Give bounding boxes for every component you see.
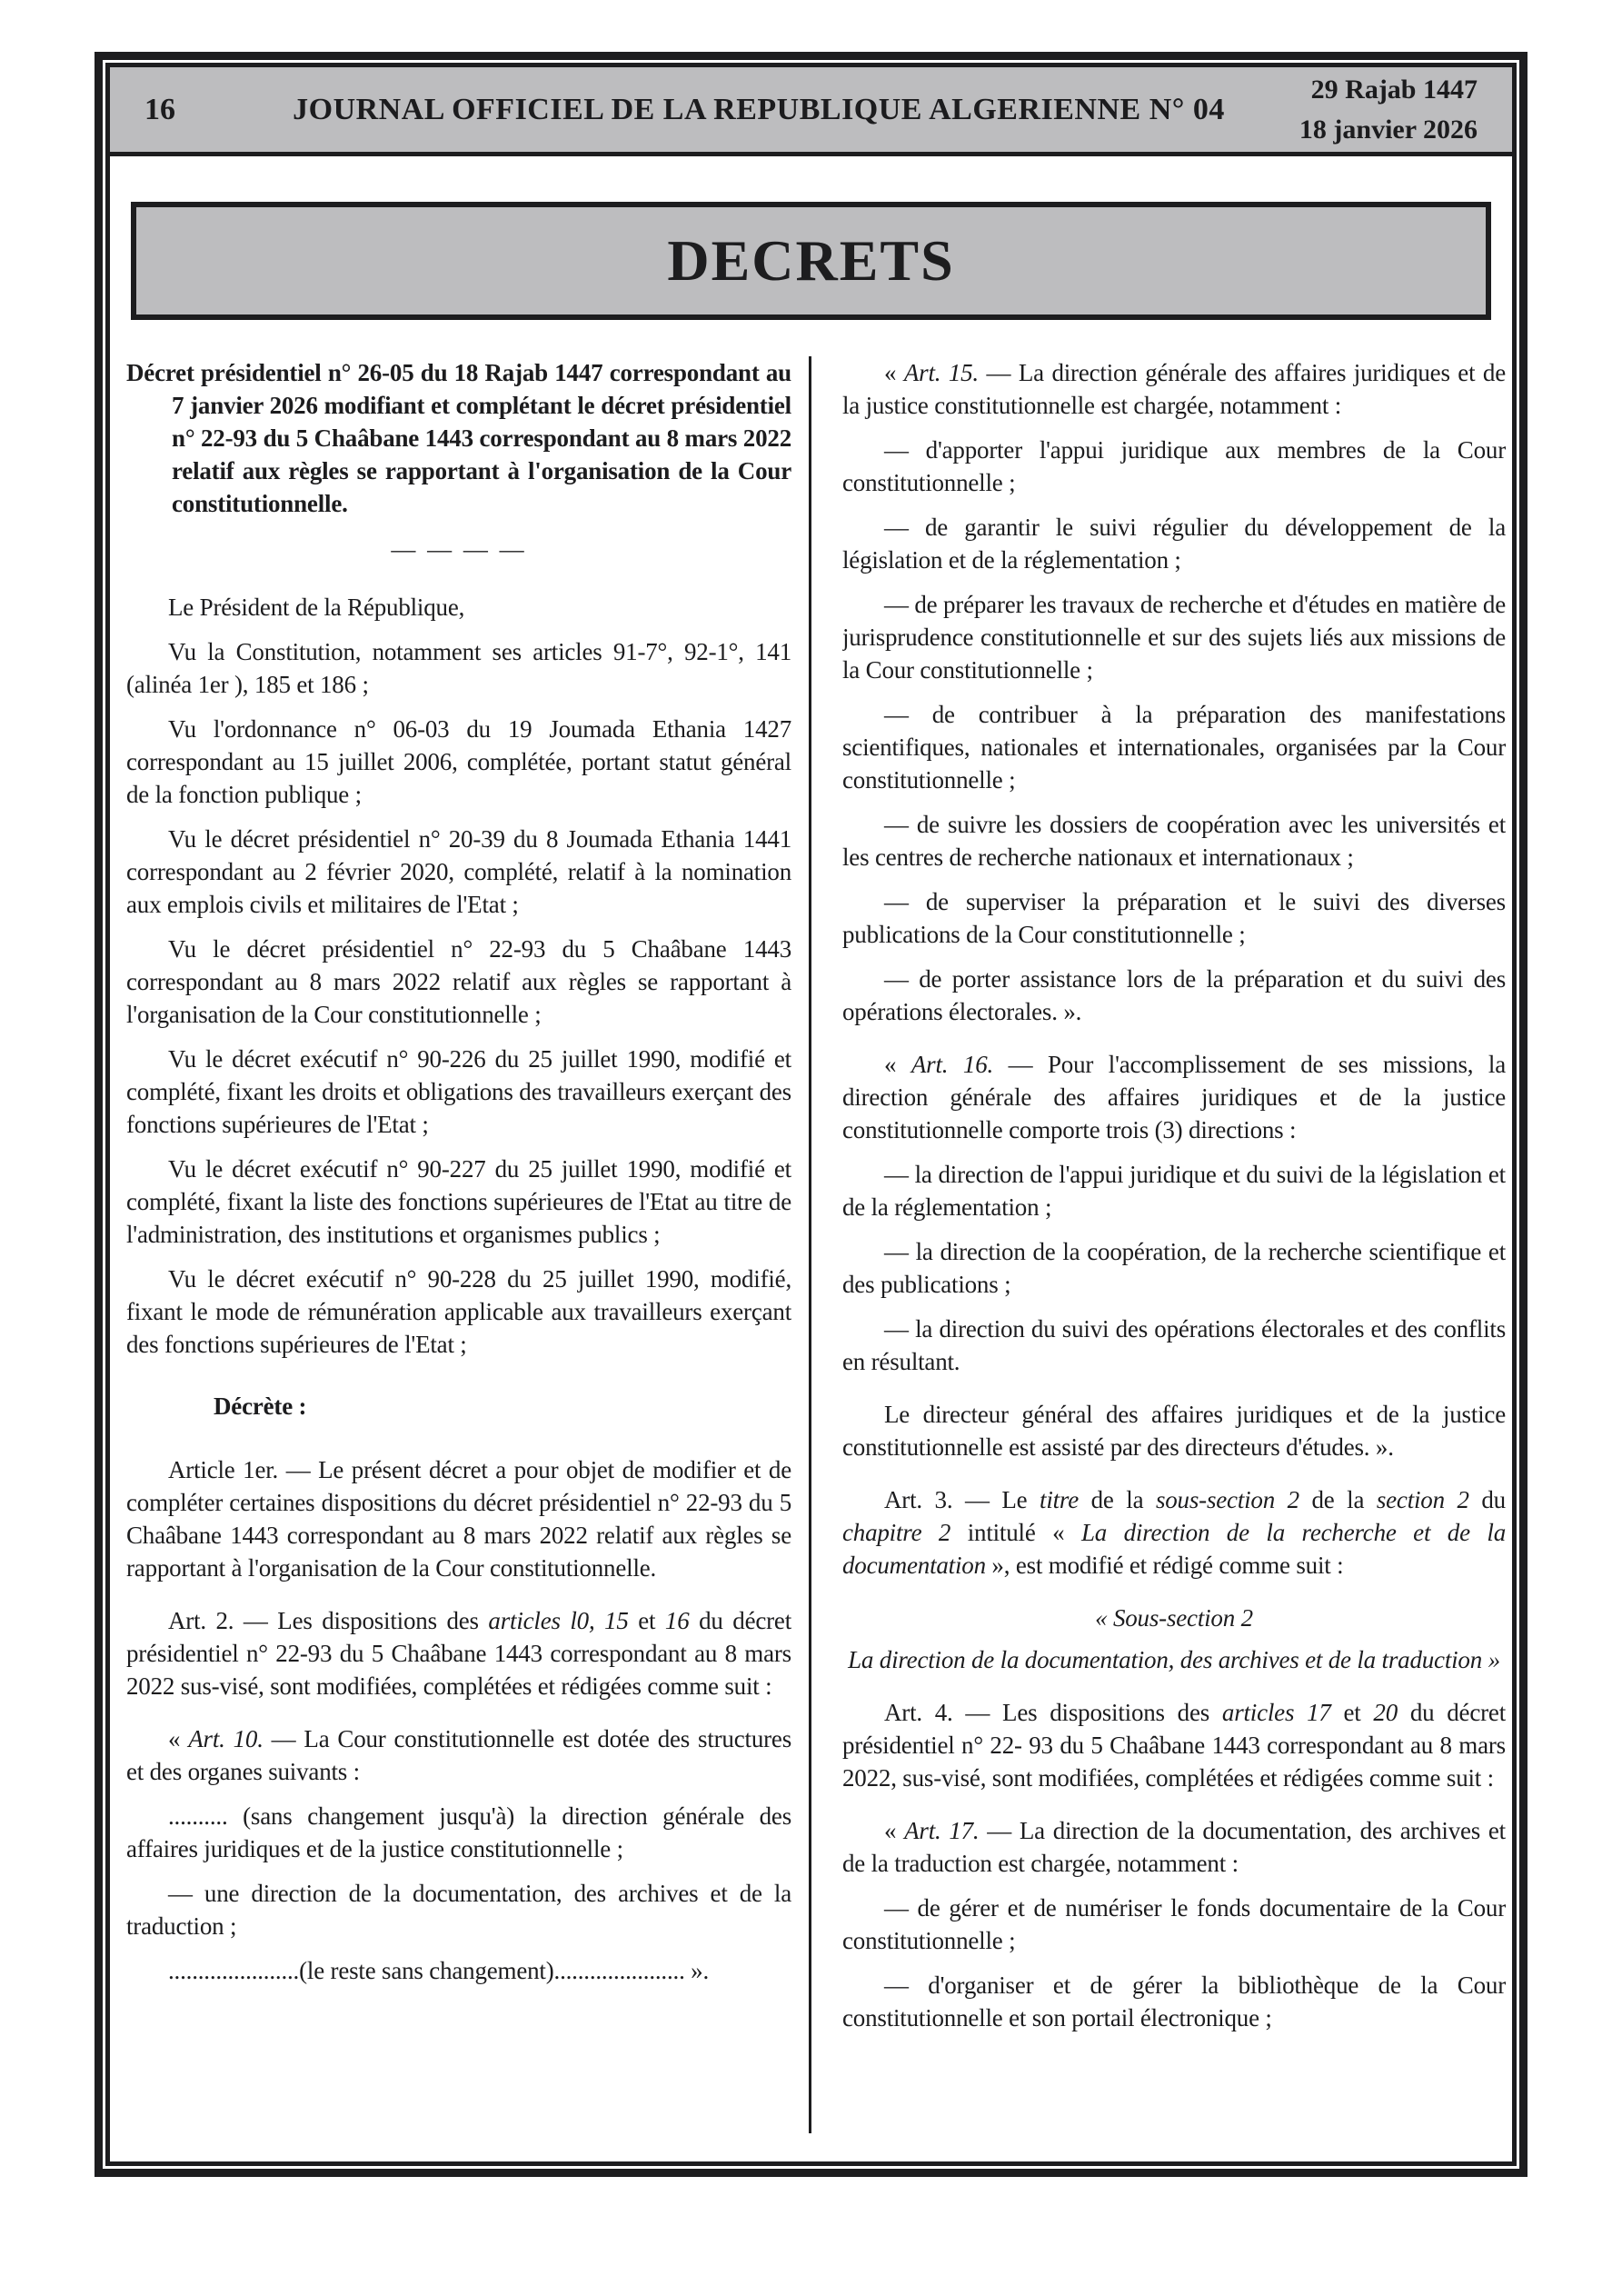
text-run: du: [1469, 1486, 1506, 1513]
text-run: 16: [665, 1607, 690, 1634]
text-run: intitulé «: [950, 1519, 1081, 1546]
text-run: Vu la Constitution, notamment ses articl…: [126, 638, 791, 698]
text-run: Article 1er. — Le présent décret a pour …: [126, 1456, 791, 1582]
gregorian-date: 18 janvier 2026: [1264, 110, 1478, 150]
text-run: Art. 10.: [188, 1725, 264, 1752]
paragraph: — de porter assistance lors de la prépar…: [842, 963, 1506, 1028]
text-run: — de gérer et de numériser le fonds docu…: [842, 1894, 1506, 1954]
text-run: — une direction de la documentation, des…: [126, 1880, 791, 1940]
text-run: ......................(le reste sans cha…: [168, 1957, 709, 1984]
text-run: », est modifié et rédigé comme suit :: [986, 1552, 1344, 1579]
paragraph: Art. 3. — Le titre de la sous-section 2 …: [842, 1483, 1506, 1582]
column-divider: [809, 356, 811, 2133]
paragraph: Vu la Constitution, notamment ses articl…: [126, 635, 791, 701]
section-title: DECRETS: [667, 227, 954, 294]
text-run: — d'apporter l'appui juridique aux membr…: [842, 436, 1506, 496]
text-run: — — — —: [391, 535, 526, 563]
text-run: Le Président de la République,: [168, 594, 464, 621]
paragraph: — de contribuer à la préparation des man…: [842, 698, 1506, 796]
paragraph: Article 1er. — Le présent décret a pour …: [126, 1453, 791, 1584]
text-run: Art. 2. — Les dispositions des: [168, 1607, 488, 1634]
paragraph: « Art. 16. — Pour l'accomplissement de s…: [842, 1048, 1506, 1146]
date-block: 29 Rajab 1447 18 janvier 2026: [1264, 70, 1478, 149]
paragraph: Vu le décret exécutif n° 90-227 du 25 ju…: [126, 1153, 791, 1251]
paragraph: .......... (sans changement jusqu'à) la …: [126, 1800, 791, 1865]
page-number: 16: [144, 93, 254, 127]
text-run: « Sous-section 2: [1095, 1604, 1253, 1632]
text-run: sous-section 2: [1156, 1486, 1299, 1513]
paragraph: « Sous-section 2: [842, 1602, 1506, 1634]
text-run: section 2: [1377, 1486, 1469, 1513]
page-frame: 16 JOURNAL OFFICIEL DE LA REPUBLIQUE ALG…: [95, 52, 1527, 2177]
journal-title: JOURNAL OFFICIEL DE LA REPUBLIQUE ALGERI…: [254, 93, 1264, 127]
text-run: «: [884, 1051, 911, 1078]
text-run: — de porter assistance lors de la prépar…: [842, 965, 1506, 1025]
journal-page: 16 JOURNAL OFFICIEL DE LA REPUBLIQUE ALG…: [0, 0, 1622, 2296]
paragraph: — une direction de la documentation, des…: [126, 1877, 791, 1942]
text-run: .......... (sans changement jusqu'à) la …: [126, 1802, 791, 1862]
text-run: et: [1331, 1699, 1374, 1726]
text-run: Décrète :: [214, 1393, 306, 1420]
text-run: — la direction de l'appui juridique et d…: [842, 1161, 1506, 1221]
text-run: Art. 3. — Le: [884, 1486, 1040, 1513]
text-run: Vu le décret exécutif n° 90-228 du 25 ju…: [126, 1265, 791, 1358]
paragraph: — la direction de l'appui juridique et d…: [842, 1158, 1506, 1223]
paragraph: — d'apporter l'appui juridique aux membr…: [842, 434, 1506, 499]
text-run: «: [168, 1725, 188, 1752]
text-run: Art. 17.: [904, 1817, 979, 1844]
paragraph: — de préparer les travaux de recherche e…: [842, 588, 1506, 686]
text-run: Vu le décret présidentiel n° 20-39 du 8 …: [126, 825, 791, 918]
paragraph: Décret présidentiel n° 26-05 du 18 Rajab…: [126, 356, 791, 520]
text-run: et: [629, 1607, 665, 1634]
text-run: La direction de la documentation, des ar…: [848, 1646, 1500, 1673]
page-frame-inner: 16 JOURNAL OFFICIEL DE LA REPUBLIQUE ALG…: [105, 63, 1517, 2166]
text-run: — de suivre les dossiers de coopération …: [842, 811, 1506, 871]
paragraph: « Art. 17. — La direction de la document…: [842, 1814, 1506, 1880]
paragraph: — — — —: [126, 533, 791, 565]
text-run: — de préparer les travaux de recherche e…: [842, 591, 1506, 684]
left-column: Décret présidentiel n° 26-05 du 18 Rajab…: [126, 356, 791, 2138]
text-run: chapitre 2: [842, 1519, 950, 1546]
text-run: Vu le décret exécutif n° 90-226 du 25 ju…: [126, 1045, 791, 1138]
paragraph: — d'organiser et de gérer la bibliothèqu…: [842, 1969, 1506, 2034]
text-run: — la direction du suivi des opérations é…: [842, 1315, 1506, 1375]
text-run: Vu le décret présidentiel n° 22-93 du 5 …: [126, 935, 791, 1028]
right-column: « Art. 15. — La direction générale des a…: [842, 356, 1506, 2138]
hijri-date: 29 Rajab 1447: [1264, 70, 1478, 110]
paragraph: — de suivre les dossiers de coopération …: [842, 808, 1506, 873]
paragraph: — de gérer et de numériser le fonds docu…: [842, 1892, 1506, 1957]
text-run: — de superviser la préparation et le sui…: [842, 888, 1506, 948]
content-columns: Décret présidentiel n° 26-05 du 18 Rajab…: [110, 356, 1512, 2138]
paragraph: Vu l'ordonnance n° 06-03 du 19 Joumada E…: [126, 713, 791, 811]
paragraph: Art. 4. — Les dispositions des articles …: [842, 1696, 1506, 1794]
text-run: — la direction de la coopération, de la …: [842, 1238, 1506, 1298]
paragraph: La direction de la documentation, des ar…: [842, 1643, 1506, 1676]
paragraph: « Art. 15. — La direction générale des a…: [842, 356, 1506, 422]
text-run: Vu l'ordonnance n° 06-03 du 19 Joumada E…: [126, 715, 791, 808]
paragraph: Décrète :: [126, 1390, 791, 1423]
paragraph: « Art. 10. — La Cour constitutionnelle e…: [126, 1722, 791, 1788]
paragraph: Vu le décret exécutif n° 90-228 du 25 ju…: [126, 1263, 791, 1361]
decrets-banner: DECRETS: [131, 202, 1491, 320]
text-run: Décret présidentiel n° 26-05 du 18 Rajab…: [126, 359, 791, 517]
paragraph: Le directeur général des affaires juridi…: [842, 1398, 1506, 1463]
paragraph: — la direction du suivi des opérations é…: [842, 1313, 1506, 1378]
paragraph: Vu le décret exécutif n° 90-226 du 25 ju…: [126, 1043, 791, 1141]
paragraph: ......................(le reste sans cha…: [126, 1954, 791, 1987]
text-run: Le directeur général des affaires juridi…: [842, 1401, 1506, 1461]
text-run: de la: [1079, 1486, 1156, 1513]
text-run: Vu le décret exécutif n° 90-227 du 25 ju…: [126, 1155, 791, 1248]
text-run: de la: [1299, 1486, 1377, 1513]
text-run: articles l0, 15: [488, 1607, 628, 1634]
header-band: 16 JOURNAL OFFICIEL DE LA REPUBLIQUE ALG…: [110, 67, 1512, 156]
text-run: articles 17: [1222, 1699, 1331, 1726]
paragraph: — de garantir le suivi régulier du dével…: [842, 511, 1506, 576]
text-run: titre: [1040, 1486, 1079, 1513]
text-run: «: [884, 359, 904, 386]
text-run: «: [884, 1817, 904, 1844]
paragraph: Vu le décret présidentiel n° 22-93 du 5 …: [126, 933, 791, 1031]
paragraph: — la direction de la coopération, de la …: [842, 1235, 1506, 1301]
paragraph: Le Président de la République,: [126, 591, 791, 624]
text-run: 20: [1373, 1699, 1398, 1726]
text-run: — d'organiser et de gérer la bibliothèqu…: [842, 1972, 1506, 2031]
text-run: — de garantir le suivi régulier du dével…: [842, 514, 1506, 574]
text-run: Art. 4. — Les dispositions des: [884, 1699, 1222, 1726]
paragraph: — de superviser la préparation et le sui…: [842, 885, 1506, 951]
text-run: Art. 16.: [911, 1051, 993, 1078]
paragraph: Art. 2. — Les dispositions des articles …: [126, 1604, 791, 1702]
paragraph: Vu le décret présidentiel n° 20-39 du 8 …: [126, 823, 791, 921]
text-run: Art. 15.: [904, 359, 979, 386]
text-run: — de contribuer à la préparation des man…: [842, 701, 1506, 794]
